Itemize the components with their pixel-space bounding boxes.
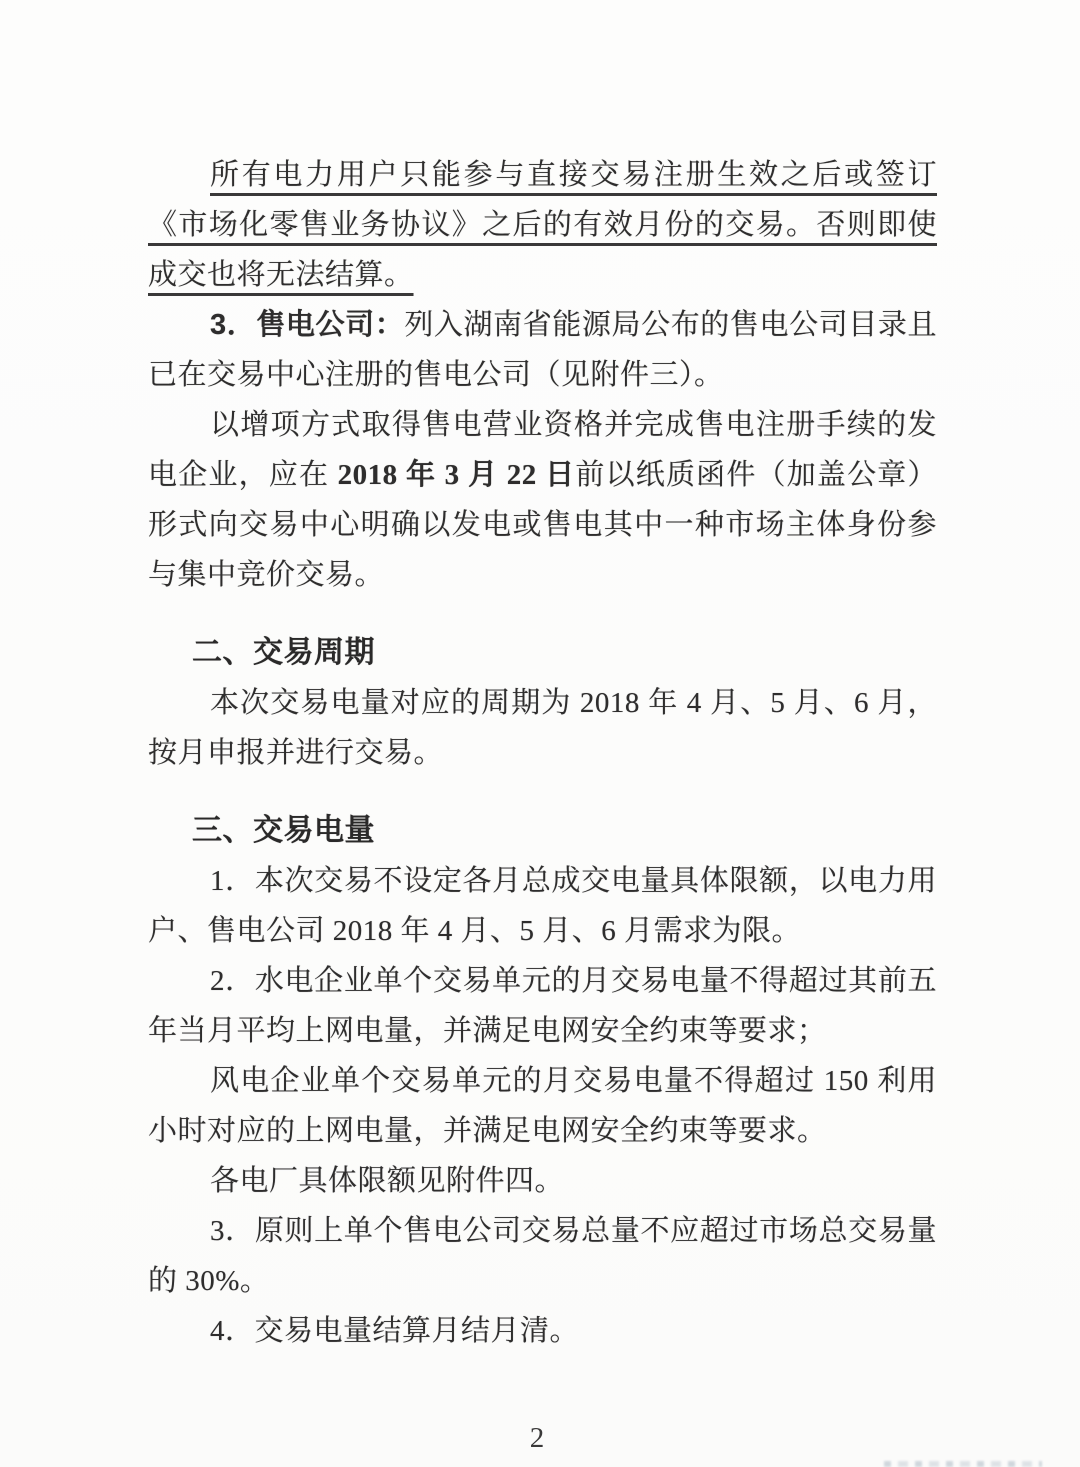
heading-trading-volume: 三、交易电量 [148,806,937,856]
paragraph-volume-item3: 3．原则上单个售电公司交易总量不应超过市场总交易量的 30%。 [148,1206,937,1306]
page-number: 2 [0,1422,1074,1455]
paragraph-item3-definition: 3．售电公司：列入湖南省能源局公布的售电公司目录且已在交易中心注册的售电公司（见… [148,300,937,400]
paragraph-volume-item2-wind: 风电企业单个交易单元的月交易电量不得超过 150 利用小时对应的上网电量，并满足… [148,1056,937,1156]
paragraph-volume-item1: 1．本次交易不设定各月总成交电量具体限额，以电力用户、售电公司 2018 年 4… [148,856,937,956]
paragraph-volume-item4: 4．交易电量结算月结月清。 [148,1306,937,1356]
registration-deadline-date: 2018 年 3 月 22 日 [338,459,576,491]
item3-term-label: 3．售电公司： [210,309,404,341]
heading-trading-period: 二、交易周期 [148,628,937,678]
document-page: 所有电力用户只能参与直接交易注册生效之后或签订《市场化零售业务协议》之后的有效月… [0,0,1080,1467]
paragraph-trading-period: 本次交易电量对应的周期为 2018 年 4 月、5 月、6 月，按月申报并进行交… [148,678,937,778]
watermark-fragment [884,1461,1042,1467]
paragraph-settlement-warning: 所有电力用户只能参与直接交易注册生效之后或签订《市场化零售业务协议》之后的有效月… [148,150,937,300]
document-body: 所有电力用户只能参与直接交易注册生效之后或签订《市场化零售业务协议》之后的有效月… [148,150,937,1356]
paragraph-volume-item2-hydro: 2．水电企业单个交易单元的月交易电量不得超过其前五年当月平均上网电量，并满足电网… [148,956,937,1056]
paragraph-registration-deadline: 以增项方式取得售电营业资格并完成售电注册手续的发电企业，应在 2018 年 3 … [148,400,937,600]
paragraph-volume-item2-note: 各电厂具体限额见附件四。 [148,1156,937,1206]
